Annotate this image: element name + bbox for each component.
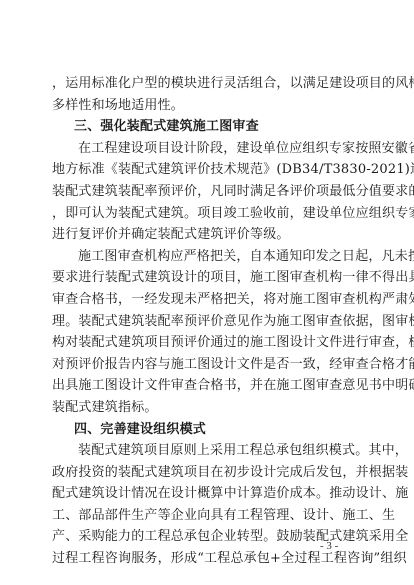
text-line: 装配式建筑指标。 (52, 397, 359, 419)
text-line: 施工图审查机构应严格把关，自本通知印发之日起，凡未按 (52, 246, 359, 268)
text-line: 工、部品部件生产等企业向具有工程管理、设计、施工、生 (52, 505, 359, 527)
text-line: 装配式建筑项目原则上采用工程总承包组织模式。其中， (52, 440, 359, 462)
section-heading: 四、完善建设组织模式 (52, 419, 359, 441)
text-line: 出具施工图设计文件审查合格书，并在施工图审查意见书中明确 (52, 375, 359, 397)
text-line: 对预评价报告内容与施工图设计文件是否一致，经审查合格才能 (52, 354, 359, 376)
text-line: 多样性和场地适用性。 (52, 95, 359, 117)
text-line: 过程工程咨询服务，形成“工程总承包+全过程工程咨询”组织 (52, 548, 359, 570)
text-line: 地方标准《装配式建筑评价技术规范》(DB34/T3830-2021)进行 (52, 159, 359, 181)
document-page: ，运用标准化户型的模块进行灵活组合，以满足建设项目的风格 多样性和场地适用性。 … (52, 73, 359, 570)
text-line: 进行复评价并确定装配式建筑评价等级。 (52, 224, 359, 246)
text-line: 审查合格书，一经发现未严格把关，将对施工图审查机构严肃处 (52, 289, 359, 311)
text-line: 装配式建筑装配率预评价，凡同时满足各评价项最低分值要求的 (52, 181, 359, 203)
text-line: 产、采购能力的工程总承包企业转型。鼓励装配式建筑采用全 (52, 526, 359, 548)
page-number: - 3 - (320, 540, 338, 552)
text-line: 政府投资的装配式建筑项目在初步设计完成后发包，并根据装 (52, 462, 359, 484)
section-heading: 三、强化装配式建筑施工图审查 (52, 116, 359, 138)
text-line: ，即可认为装配式建筑。项目竣工验收前，建设单位应组织专家 (52, 203, 359, 225)
text-line: 要求进行装配式建筑设计的项目，施工图审查机构一律不得出具 (52, 267, 359, 289)
text-line: 配式建筑设计情况在设计概算中计算造价成本。推动设计、施 (52, 483, 359, 505)
text-line: 构对装配式建筑项目预评价通过的施工图设计文件进行审查，核 (52, 332, 359, 354)
text-line: ，运用标准化户型的模块进行灵活组合，以满足建设项目的风格 (52, 73, 359, 95)
text-line: 在工程建设项目设计阶段，建设单位应组织专家按照安徽省 (52, 138, 359, 160)
text-line: 理。装配式建筑装配率预评价意见作为施工图审查依据，图审机 (52, 311, 359, 333)
